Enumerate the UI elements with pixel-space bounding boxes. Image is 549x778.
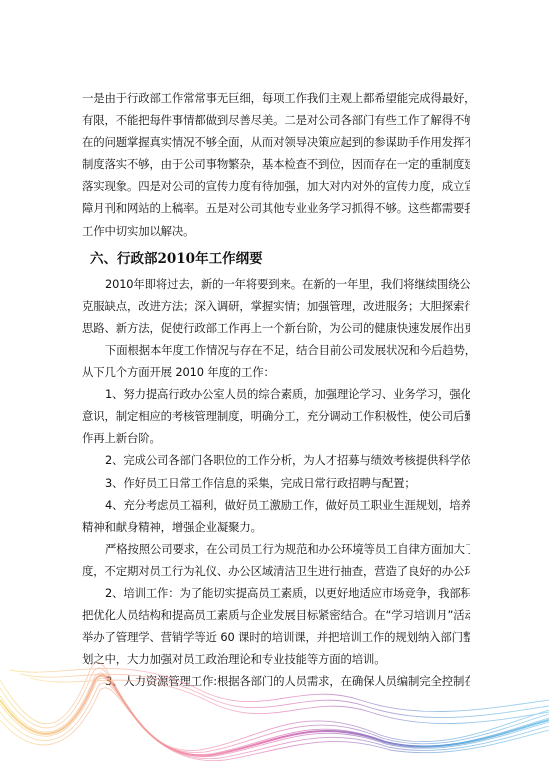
- text-line: 一是由于行政部工作常常事无巨细，每项工作我们主观上都希望能完成得最好，但由于能力: [82, 87, 470, 109]
- text-line: 在的问题掌握真实情况不够全面，从而对领导决策应起到的参谋助手作用发挥不够。三是抓: [82, 131, 470, 153]
- text-line: 思路、新方法，促使行政部工作再上一个新台阶，为公司的健康快速发展作出更大的贡献！: [82, 317, 470, 339]
- paragraph-outlook: 2010年即将过去，新的一年将要到来。在新的一年里，我们将继续围绕公司中心工作，…: [82, 273, 470, 339]
- text-line: 把优化人员结构和提高员工素质与企业发展目标紧密结合。在“学习培训月”活动中，成功: [82, 604, 470, 626]
- text-line: 工作中切实加以解决。: [82, 220, 470, 242]
- section-heading: 六、行政部2010年工作纲要: [82, 245, 470, 273]
- text-line: 度，不定期对员工行为礼仪、办公区域清洁卫生进行抽查，营造了良好的办公环境和秩序。: [82, 560, 470, 582]
- list-item-4: 4、充分考虑员工福利，做好员工激励工作，做好员工职业生涯规划，培养雇员主人翁 精…: [82, 494, 470, 538]
- text-line: 制度落实不够，由于公司事物繁杂，基本检查不到位，因而存在一定的重制度建设，轻制度: [82, 153, 470, 175]
- text-line: 1、努力提高行政办公室人员的综合素质，加强理论学习、业务学习，强化服务与管理: [82, 383, 470, 405]
- paragraph-plan-intro: 下面根据本年度工作情况与存在不足，结合目前公司发展状况和今后趋势，行政部计划 从…: [82, 339, 470, 383]
- text-line: 4、充分考虑员工福利，做好员工激励工作，做好员工职业生涯规划，培养雇员主人翁: [82, 494, 470, 516]
- text-line: 从下几个方面开展 2010 年度的工作：: [82, 361, 470, 383]
- text-line: 下面根据本年度工作情况与存在不足，结合目前公司发展状况和今后趋势，行政部计划: [82, 339, 470, 361]
- text-line: 2010年即将过去，新的一年将要到来。在新的一年里，我们将继续围绕公司中心工作，: [82, 273, 470, 295]
- text-line: 2、培训工作：为了能切实提高员工素质，以更好地适应市场竞争，我部积极配合公司: [82, 582, 470, 604]
- paragraph-supervision: 严格按照公司要求，在公司员工行为规范和办公环境等员工自律方面加大了监督检查力 度…: [82, 538, 470, 582]
- text-line: 克服缺点，改进方法；深入调研，掌握实情；加强管理，改进服务；大胆探索行政部工作新: [82, 295, 470, 317]
- text-line: 精神和献身精神，增强企业凝聚力。: [82, 516, 470, 538]
- text-line: 落实现象。四是对公司的宣传力度有待加强，加大对内对外的宣传力度，成立宣传小组，保: [82, 175, 470, 197]
- list-item-1: 1、努力提高行政办公室人员的综合素质，加强理论学习、业务学习，强化服务与管理 意…: [82, 383, 470, 449]
- text-line: 有限，不能把每件事情都做到尽善尽美。二是对公司各部门有些工作了解得不够深入，对存: [82, 109, 470, 131]
- list-item-3: 3、作好员工日常工作信息的采集，完成日常行政招聘与配置；: [82, 472, 470, 494]
- paragraph-shortcomings: 一是由于行政部工作常常事无巨细，每项工作我们主观上都希望能完成得最好，但由于能力…: [82, 87, 470, 242]
- ribbon-wave-decoration: [0, 640, 549, 778]
- document-page: 一是由于行政部工作常常事无巨细，每项工作我们主观上都希望能完成得最好，但由于能力…: [0, 0, 549, 778]
- document-body: 一是由于行政部工作常常事无巨细，每项工作我们主观上都希望能完成得最好，但由于能力…: [82, 87, 470, 692]
- list-item-2: 2、完成公司各部门各职位的工作分析，为人才招募与绩效考核提供科学依据；: [82, 449, 470, 471]
- text-line: 障月刊和网站的上稿率。五是对公司其他专业业务学习抓得不够。这些都需要我们在今后的: [82, 197, 470, 219]
- text-line: 意识，制定相应的考核管理制度，明确分工，充分调动工作积极性，使公司后勤服务管理工: [82, 405, 470, 427]
- text-line: 严格按照公司要求，在公司员工行为规范和办公环境等员工自律方面加大了监督检查力: [82, 538, 470, 560]
- text-line: 作再上新台阶。: [82, 427, 470, 449]
